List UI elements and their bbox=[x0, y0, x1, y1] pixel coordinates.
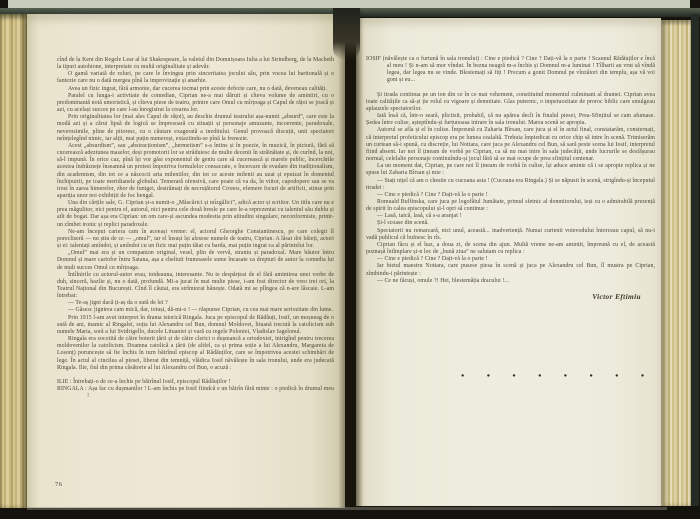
book-cover-right-strip bbox=[691, 14, 699, 506]
paragraph: Paralel cu lunga-i activitate de comedia… bbox=[57, 93, 334, 114]
paragraph: Ciprian făcu și el haz, a doua zi, de sc… bbox=[366, 242, 655, 256]
page-edges-left bbox=[0, 14, 27, 508]
paragraph: La un moment dat, Ciprian, pe care noi î… bbox=[366, 163, 655, 177]
section-divider-dots: ● ● ● ● ● ● ● ● bbox=[461, 373, 644, 379]
paragraph: Prin originalitatea lor (mai ales Capul … bbox=[57, 114, 334, 143]
spine-top-notch bbox=[333, 8, 360, 60]
paragraph: Iar bietul maestru Nottara, care pusese … bbox=[366, 263, 655, 277]
paragraph: Una din cărțile sale, G. Ciprian și-a nu… bbox=[57, 200, 334, 229]
paragraph: Avea un fizic ingrat, fără armonie, dar … bbox=[57, 86, 334, 93]
paragraph: Autorul se afla și el în culise. Împreun… bbox=[366, 127, 655, 163]
right-page-text: IOSIF (năvălește ca o furtună în sala tr… bbox=[366, 56, 655, 300]
page-edges-right bbox=[661, 20, 691, 506]
dialog-line: — Stați nițel că am o chestie cu cucoana… bbox=[366, 178, 655, 192]
paragraph: Acest „absurdism”, sau „abstracționism”,… bbox=[57, 143, 334, 200]
paragraph: Întîlnirile cu actorul-autor erau, totde… bbox=[57, 272, 334, 301]
play-line-ringala: RINGALA : Așa fac cu dușmanilor ! L-am î… bbox=[57, 386, 334, 400]
paragraph: Romuald Bulfinska, care juca pe logofătu… bbox=[366, 199, 655, 213]
page-bottom-edge bbox=[27, 507, 667, 510]
dialog-line: — Cine e piedică ? Cine ? Dați-vă la o p… bbox=[366, 256, 655, 263]
dialog-line: — Ce ne făcuși, omule ?! Hei, blestemăți… bbox=[366, 278, 655, 285]
paragraph: „Omul” mai era și un companion original,… bbox=[57, 250, 334, 271]
author-signature: Victor Eftimiu bbox=[366, 293, 641, 300]
paragraph: Iată însă că, într-o seară, plictisit, p… bbox=[366, 113, 655, 127]
play-line-iosif: IOSIF (năvălește ca o furtună în sala tr… bbox=[366, 56, 655, 85]
dialog-line: — Lasă, taică, lasă, că s-a aranjat ! bbox=[366, 213, 655, 220]
page-number: 76 bbox=[55, 481, 63, 488]
paragraph: O gamă variată de roluri, pe care le înv… bbox=[57, 71, 334, 85]
paragraph: cînd de la Kent din Regele Lear al lui S… bbox=[57, 57, 334, 71]
paragraph: Prin 1915 l-am avut interpret în drama i… bbox=[57, 315, 334, 336]
dialog-line: — Te-aș jigni dacă ți-aș da o sută de le… bbox=[57, 300, 334, 307]
page-gutter-shadow bbox=[338, 10, 363, 508]
paragraph: Ne-am început cariera cam în aceeași vre… bbox=[57, 229, 334, 250]
dialog-line: — Cine e piedică ? Cine ? Dați-vă la o p… bbox=[366, 192, 655, 199]
play-line-ilie: ILIE : Întrebați-o de ce-a închis pe băt… bbox=[57, 379, 334, 386]
dialog-line: — Găsesc jignirea cam mică, dar, totuși,… bbox=[57, 307, 334, 314]
paragraph: Spectatorii nu remarcară, nici unul, ace… bbox=[366, 228, 655, 242]
paragraph: Ringala era socotită de către boierii ță… bbox=[57, 336, 334, 372]
paragraph: Și-l scoase din scenă. bbox=[366, 220, 655, 227]
left-page-text: cînd de la Kent din Regele Lear al lui S… bbox=[57, 57, 334, 400]
paragraph: Și tirada continua pe un ton din ce în c… bbox=[366, 92, 655, 113]
